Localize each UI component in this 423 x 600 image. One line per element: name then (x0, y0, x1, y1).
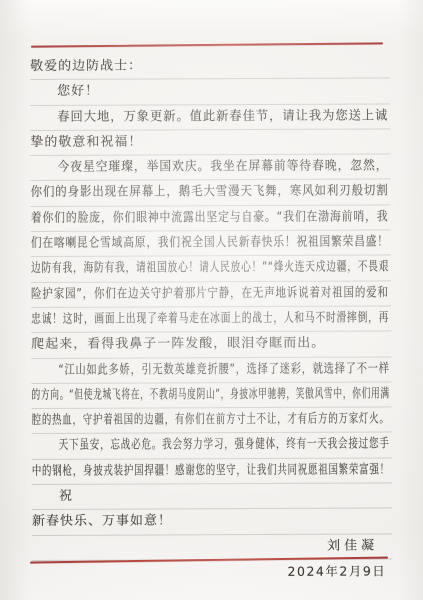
letter-line: “江山如此多娇，引无数英雄竞折腰”，选择了迷彩，就选择了不一样 (31, 357, 391, 384)
letter-line: 边防有我，海防有我，请祖国放心！请人民放心！”“烽火连天戍边疆，不畏艰 (31, 256, 391, 283)
letter-line-text: 挚的敬意和祝福！ (30, 130, 142, 155)
letter-line-text: 天下虽安，忘战必危。我会努力学习，强身健体，终有一天我会接过您手 (59, 433, 390, 459)
letter-line-text: 忠诚！这时，画面上出现了牵着马走在冰面上的战士，人和马不时滑摔倒，再 (31, 306, 389, 332)
letter-line: 你们的身影出现在屏幕上，鹅毛大雪漫天飞舞，寒风如利刃般切割 (31, 180, 391, 207)
letter-line-text: 爬起来，看得我鼻子一阵发酸，眼泪夺眶而出。 (31, 332, 325, 358)
letter-paper: 敬爱的边防战士： 您好！ 春回大地，万象更新。值此新春佳节，请让我为您送上诚 挚… (0, 0, 423, 600)
letter-line-text: 今夜星空璀璨，举国欢庆。我坐在屏幕前等待春晚，忽然， (57, 155, 388, 181)
letter-line-text: 们在喀喇昆仑雪域高原，我们祝全国人民新春快乐！祝祖国繁荣昌盛！ (31, 231, 389, 257)
letter-line-text: 着你们的脸庞，你们眼神中流露出坚定与自豪。“我们在渤海前哨，我 (31, 205, 389, 231)
letter-line: 天下虽安，忘战必危。我会努力学习，强身健体，终有一天我会接过您手 (32, 433, 392, 460)
letter-line: 忠诚！这时，画面上出现了牵着马走在冰面上的战士，人和马不时滑摔倒，再 (31, 306, 391, 333)
letter-line-text: 险护家园”，你们在边关守护着那片宁静，在无声地诉说着对祖国的爱和 (31, 281, 389, 307)
letter-line: 中的钢枪，身披戎装护国捍疆！感谢您的坚守，让我们共同祝愿祖国繁荣富强！ (32, 458, 392, 485)
letter-line: 春回大地，万象更新。值此新春佳节，请让我为您送上诚 (30, 104, 390, 131)
date-text: 2024年2月9日 (287, 559, 386, 584)
letter-line-text: 的方向。“但使龙城飞将在，不教胡马度阴山”，身披冰甲驰骋，笑傲风雪中，你们用满 (31, 382, 389, 408)
closing-wish-line: 新春快乐、万事如意！ (32, 509, 392, 536)
greeting-text: 您好！ (57, 80, 99, 104)
letter-body: 敬爱的边防战士： 您好！ 春回大地，万象更新。值此新春佳节，请让我为您送上诚 挚… (30, 53, 392, 583)
letter-line: 爬起来，看得我鼻子一阵发酸，眼泪夺眶而出。 (31, 332, 391, 359)
letter-line-text: 你们的身影出现在屏幕上，鹅毛大雪漫天飞舞，寒风如利刃般切割 (31, 180, 389, 206)
letter-line: 着你们的脸庞，你们眼神中流露出坚定与自豪。“我们在渤海前哨，我 (31, 205, 391, 232)
greeting-line: 您好！ (30, 79, 390, 106)
top-red-margin-rule (31, 42, 383, 47)
letter-line: 腔的热血，守护着祖国的边疆，有你们在前方寸土不让，才有后方的万家灯火。 (32, 408, 392, 435)
letter-line: 们在喀喇昆仑雪域高原，我们祝全国人民新春快乐！祝祖国繁荣昌盛！ (31, 231, 391, 258)
date-line: 2024年2月9日 (32, 559, 392, 583)
letter-line-text: 春回大地，万象更新。值此新春佳节，请让我为您送上诚 (57, 104, 388, 130)
closing-zhu-text: 祝 (59, 485, 73, 509)
letter-line: 挚的敬意和祝福！ (30, 129, 390, 156)
closing-zhu-line: 祝 (32, 483, 392, 510)
letter-line: 今夜星空璀璨，举国欢庆。我坐在屏幕前等待春晚，忽然， (30, 155, 390, 182)
letter-line-text: “江山如此多娇，引无数英雄竞折腰”，选择了迷彩，就选择了不一样 (58, 357, 389, 383)
salutation-line: 敬爱的边防战士： (30, 53, 390, 80)
letter-line-text: 腔的热血，守护着祖国的边疆，有你们在前方寸土不让，才有后方的万家灯火。 (32, 408, 390, 434)
letter-line-text: 中的钢枪，身披戎装护国捍疆！感谢您的坚守，让我们共同祝愿祖国繁荣富强！ (32, 458, 390, 484)
letter-line: 险护家园”，你们在边关守护着那片宁静，在无声地诉说着对祖国的爱和 (31, 281, 391, 308)
salutation-text: 敬爱的边防战士： (30, 55, 142, 80)
letter-line: 的方向。“但使龙城飞将在，不教胡马度阴山”，身披冰甲驰骋，笑傲风雪中，你们用满 (31, 382, 391, 409)
closing-wish-text: 新春快乐、万事如意！ (32, 510, 172, 535)
signature-text: 刘佳凝 (327, 534, 378, 559)
letter-line-text: 边防有我，海防有我，请祖国放心！请人民放心！”“烽火连天戍边疆，不畏艰 (31, 256, 389, 282)
